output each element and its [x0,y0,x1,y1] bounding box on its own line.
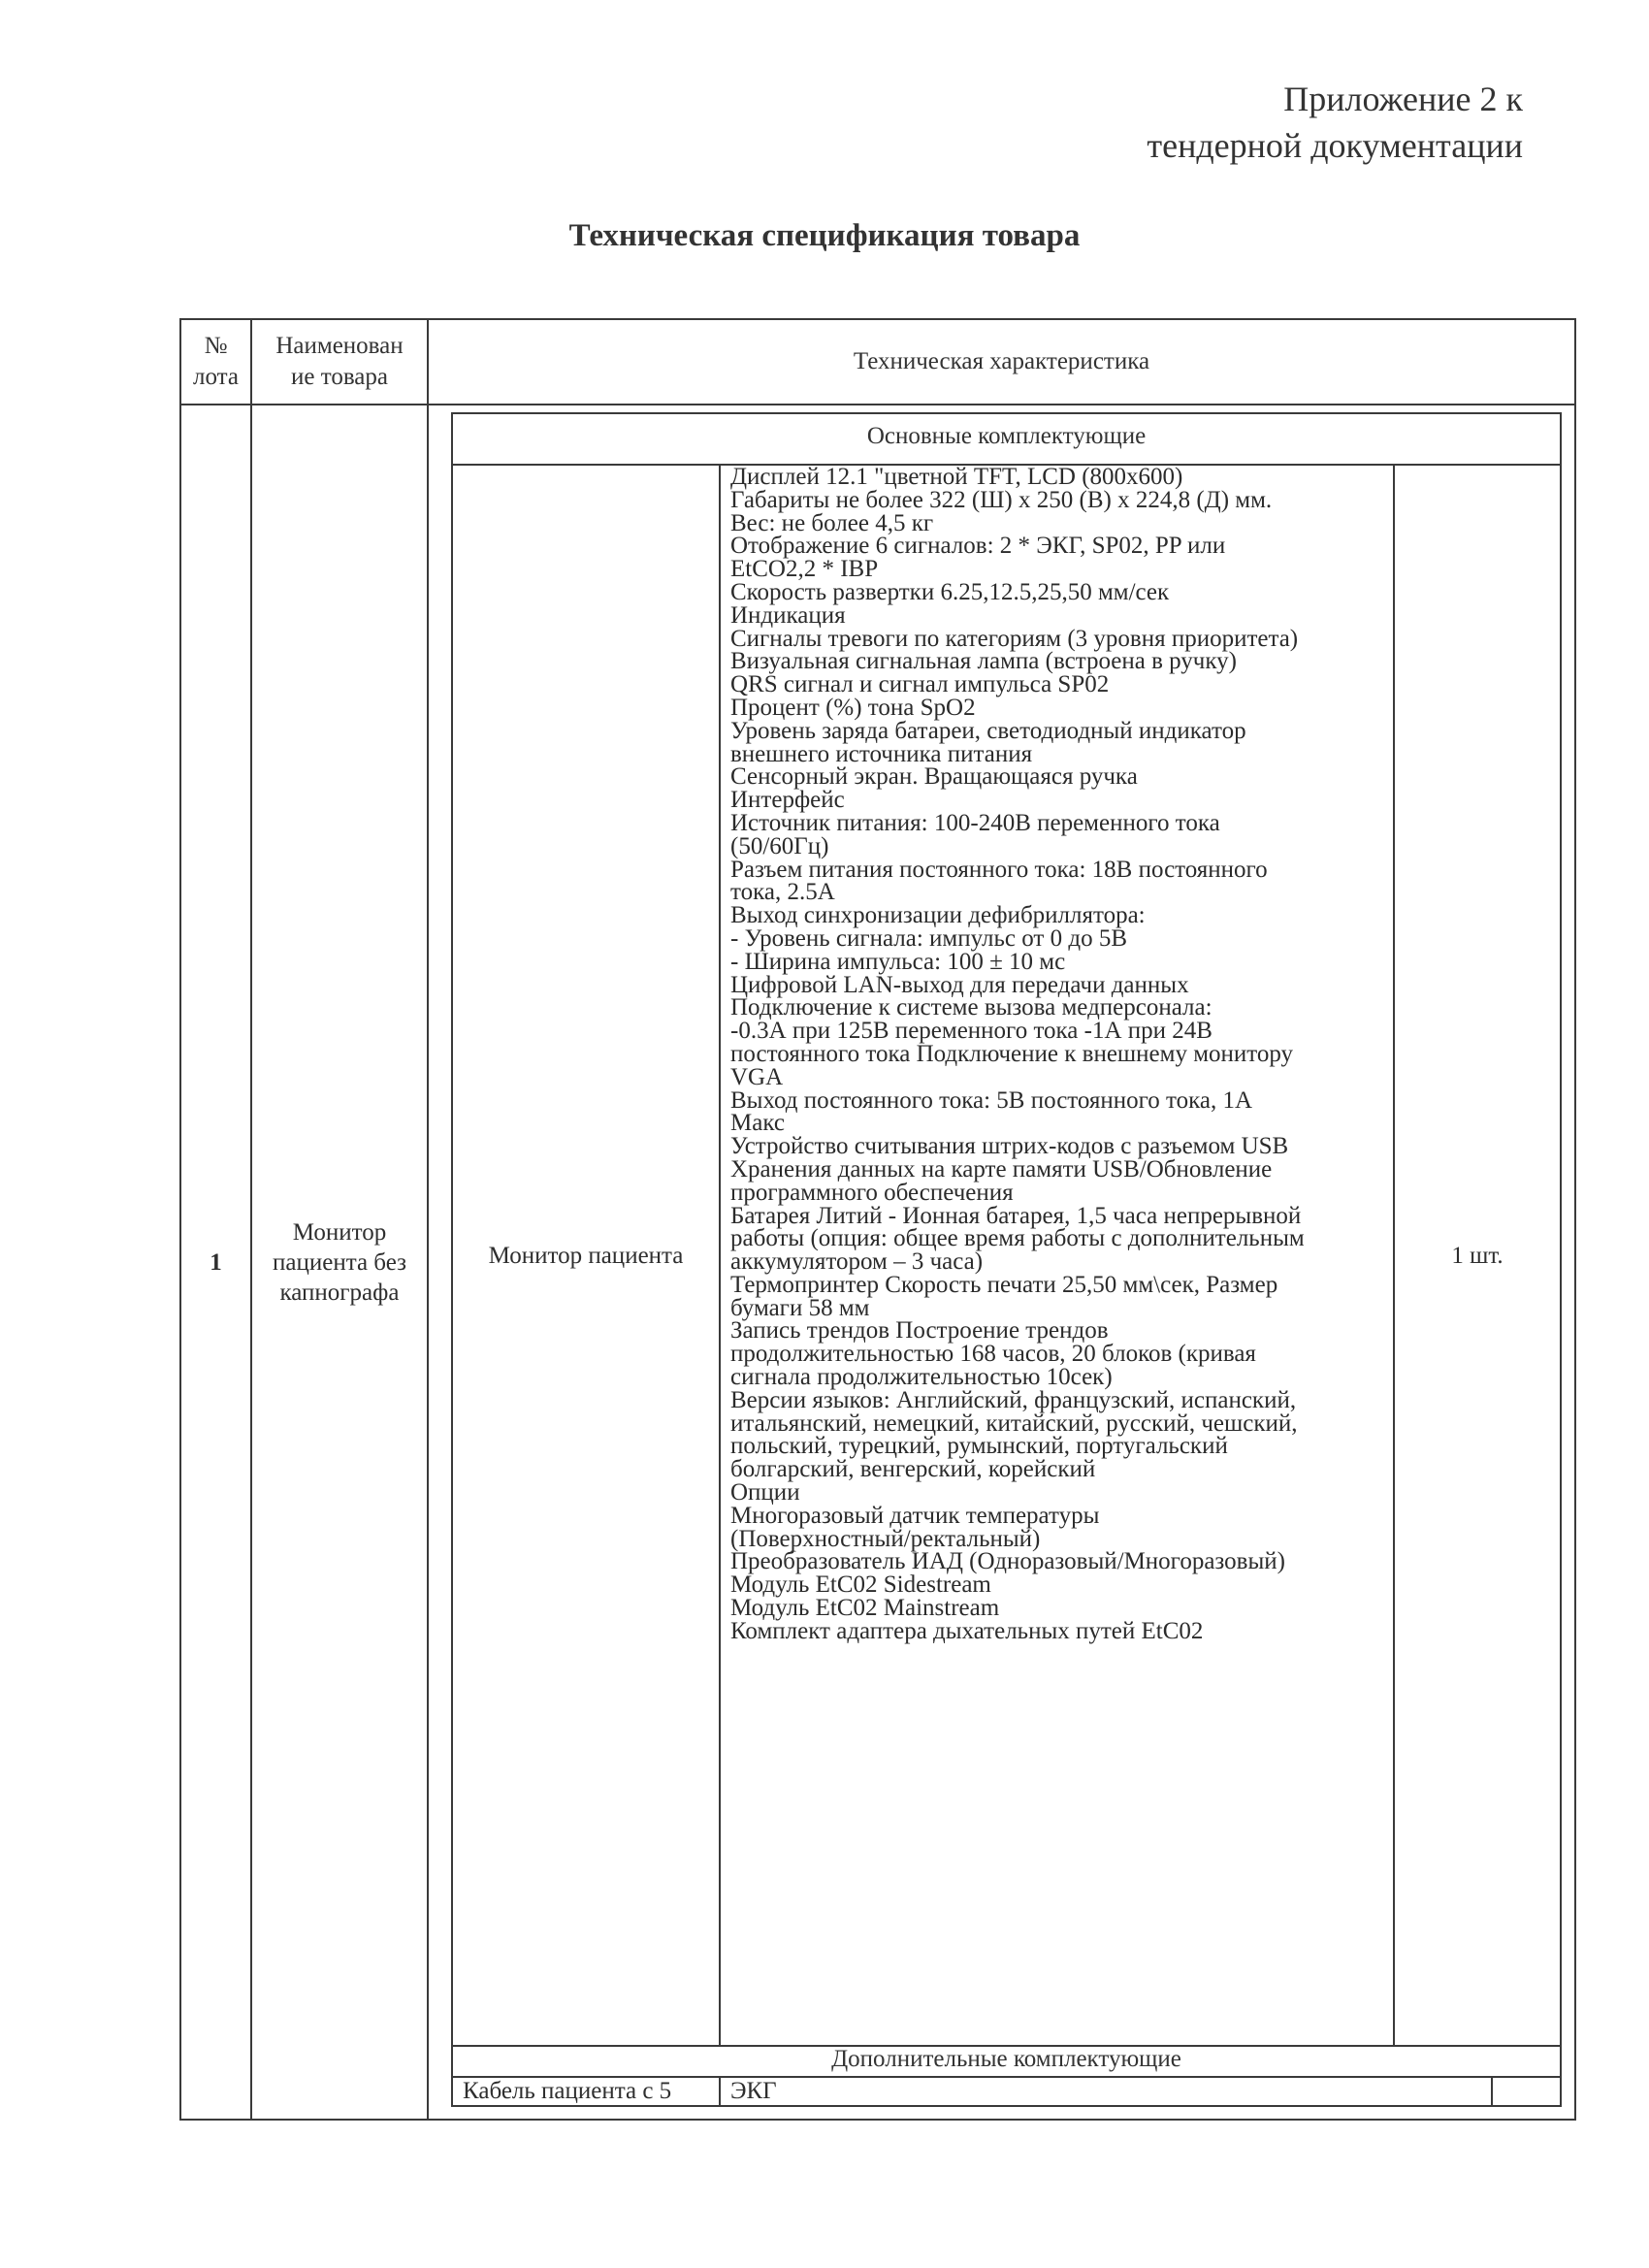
spec-line: аккумулятором – 3 часа) [730,1250,1400,1274]
header-text: Техническая характеристика [854,346,1149,377]
spec-line: Устройство считывания штрих-кодов с разъ… [730,1135,1400,1158]
spec-line: сигнала продолжительностью 10сек) [730,1366,1400,1389]
spec-line: Термопринтер Скорость печати 25,50 мм\се… [730,1274,1400,1297]
spec-line: итальянский, немецкий, китайский, русски… [730,1412,1400,1436]
quantity-cell: 1 шт. [1395,466,1560,2045]
lot-number: 1 [210,1247,222,1278]
spec-line: болгарский, венгерский, корейский [730,1458,1400,1481]
additional-component-name: Кабель пациента с 5 [463,2078,671,2105]
component-name: Монитор пациента [489,1241,684,1271]
spec-line: Индикация [730,604,1400,628]
lot-number-cell: 1 [181,405,250,2119]
main-components-header: Основные комплектующие [453,423,1560,450]
spec-line: -0.3А при 125В переменного тока -1А при … [730,1020,1400,1043]
spec-line: работы (опция: общее время работы с допо… [730,1227,1400,1250]
spec-line: постоянного тока Подключение к внешнему … [730,1043,1400,1066]
spec-line: Подключение к системе вызова медперсонал… [730,996,1400,1020]
column-header-technical-specs: Техническая характеристика [429,320,1574,404]
spec-line: Модуль EtC02 Mainstream [730,1597,1400,1620]
component-name-cell: Монитор пациента [453,466,719,2045]
spec-line: Макс [730,1112,1400,1135]
spec-line: Вес: не более 4,5 кг [730,512,1400,535]
column-header-lot-number: № лота [181,320,250,404]
spec-line: Процент (%) тона SpO2 [730,697,1400,720]
spec-line: Модуль EtC02 Sidestream [730,1573,1400,1597]
spec-line: Уровень заряда батареи, светодиодный инд… [730,720,1400,743]
spec-line: Версии языков: Английский, французский, … [730,1389,1400,1412]
spec-line: Сигналы тревоги по категориям (3 уровня … [730,628,1400,651]
header-text: лота [193,362,239,393]
spec-line: Батарея Литий - Ионная батарея, 1,5 часа… [730,1205,1400,1228]
spec-line: бумаги 58 мм [730,1297,1400,1320]
appendix-line-2: тендерной документации [1147,122,1523,169]
spec-line: Хранения данных на карте памяти USB/Обно… [730,1158,1400,1182]
quantity-value: 1 шт. [1451,1241,1503,1271]
spec-line: Выход постоянного тока: 5В постоянного т… [730,1089,1400,1113]
spec-line: Источник питания: 100-240В переменного т… [730,812,1400,835]
spec-line: программного обеспечения [730,1182,1400,1205]
column-divider [427,320,429,2119]
spec-line: VGA [730,1066,1400,1089]
appendix-label: Приложение 2 к тендерной документации [1147,76,1523,169]
spec-line: - Уровень сигнала: импульс от 0 до 5В [730,927,1400,951]
column-divider [719,2076,721,2105]
spec-line: Разъем питания постоянного тока: 18В пос… [730,859,1400,882]
product-name-line: капнографа [273,1278,406,1308]
product-name-line: пациента без [273,1247,406,1278]
column-header-product-name: Наименован ие товара [252,320,427,404]
product-name-line: Монитор [273,1217,406,1247]
header-text: Наименован [275,331,403,362]
spec-line: Интерфейс [730,789,1400,812]
spec-list: Дисплей 12.1 "цветной TFT, LCD (800x600)… [730,466,1400,1643]
spec-line: Скорость развертки 6.25,12.5,25,50 мм/се… [730,581,1400,604]
spec-line: Габариты не более 322 (Ш) x 250 (В) x 22… [730,489,1400,512]
spec-line: Дисплей 12.1 "цветной TFT, LCD (800x600) [730,466,1400,489]
spec-line: Опции [730,1481,1400,1505]
spec-line: Комплект адаптера дыхательных путей EtC0… [730,1620,1400,1643]
spec-line: QRS сигнал и сигнал импульса SP02 [730,673,1400,697]
spec-line: Многоразовый датчик температуры [730,1505,1400,1528]
column-divider [719,464,721,2045]
appendix-line-1: Приложение 2 к [1147,76,1523,122]
spec-line: продолжительностью 168 часов, 20 блоков … [730,1343,1400,1366]
spec-line: Запись трендов Построение трендов [730,1319,1400,1343]
spec-line: польский, турецкий, румынский, португаль… [730,1435,1400,1458]
spec-line: тока, 2.5А [730,881,1400,904]
additional-components-header: Дополнительные комплектующие [453,2046,1560,2073]
components-table: Основные комплектующие Монитор пациента … [451,412,1562,2107]
document-title: Техническая спецификация товара [0,218,1649,254]
product-name-cell: Монитор пациента без капнографа [252,405,427,2119]
header-text: ие товара [275,362,403,393]
spec-line: Выход синхронизации дефибриллятора: [730,904,1400,927]
spec-line: Отображение 6 сигналов: 2 * ЭКГ, SP02, P… [730,535,1400,558]
header-text: № [193,331,239,362]
spec-line: Цифровой LAN-выход для передачи данных [730,974,1400,997]
spec-line: Визуальная сигнальная лампа (встроена в … [730,650,1400,673]
spec-line: Преобразователь ИАД (Одноразовый/Многора… [730,1550,1400,1573]
spec-line: (50/60Гц) [730,835,1400,859]
column-divider [1491,2076,1493,2105]
spec-line: внешнего источника питания [730,743,1400,766]
additional-component-spec: ЭКГ [730,2078,777,2105]
spec-line: - Ширина импульса: 100 ± 10 мс [730,951,1400,974]
spec-line: Сенсорный экран. Вращающаяся ручка [730,765,1400,789]
spec-line: (Поверхностный/ректальный) [730,1528,1400,1551]
spec-line: EtCO2,2 * IBP [730,558,1400,581]
